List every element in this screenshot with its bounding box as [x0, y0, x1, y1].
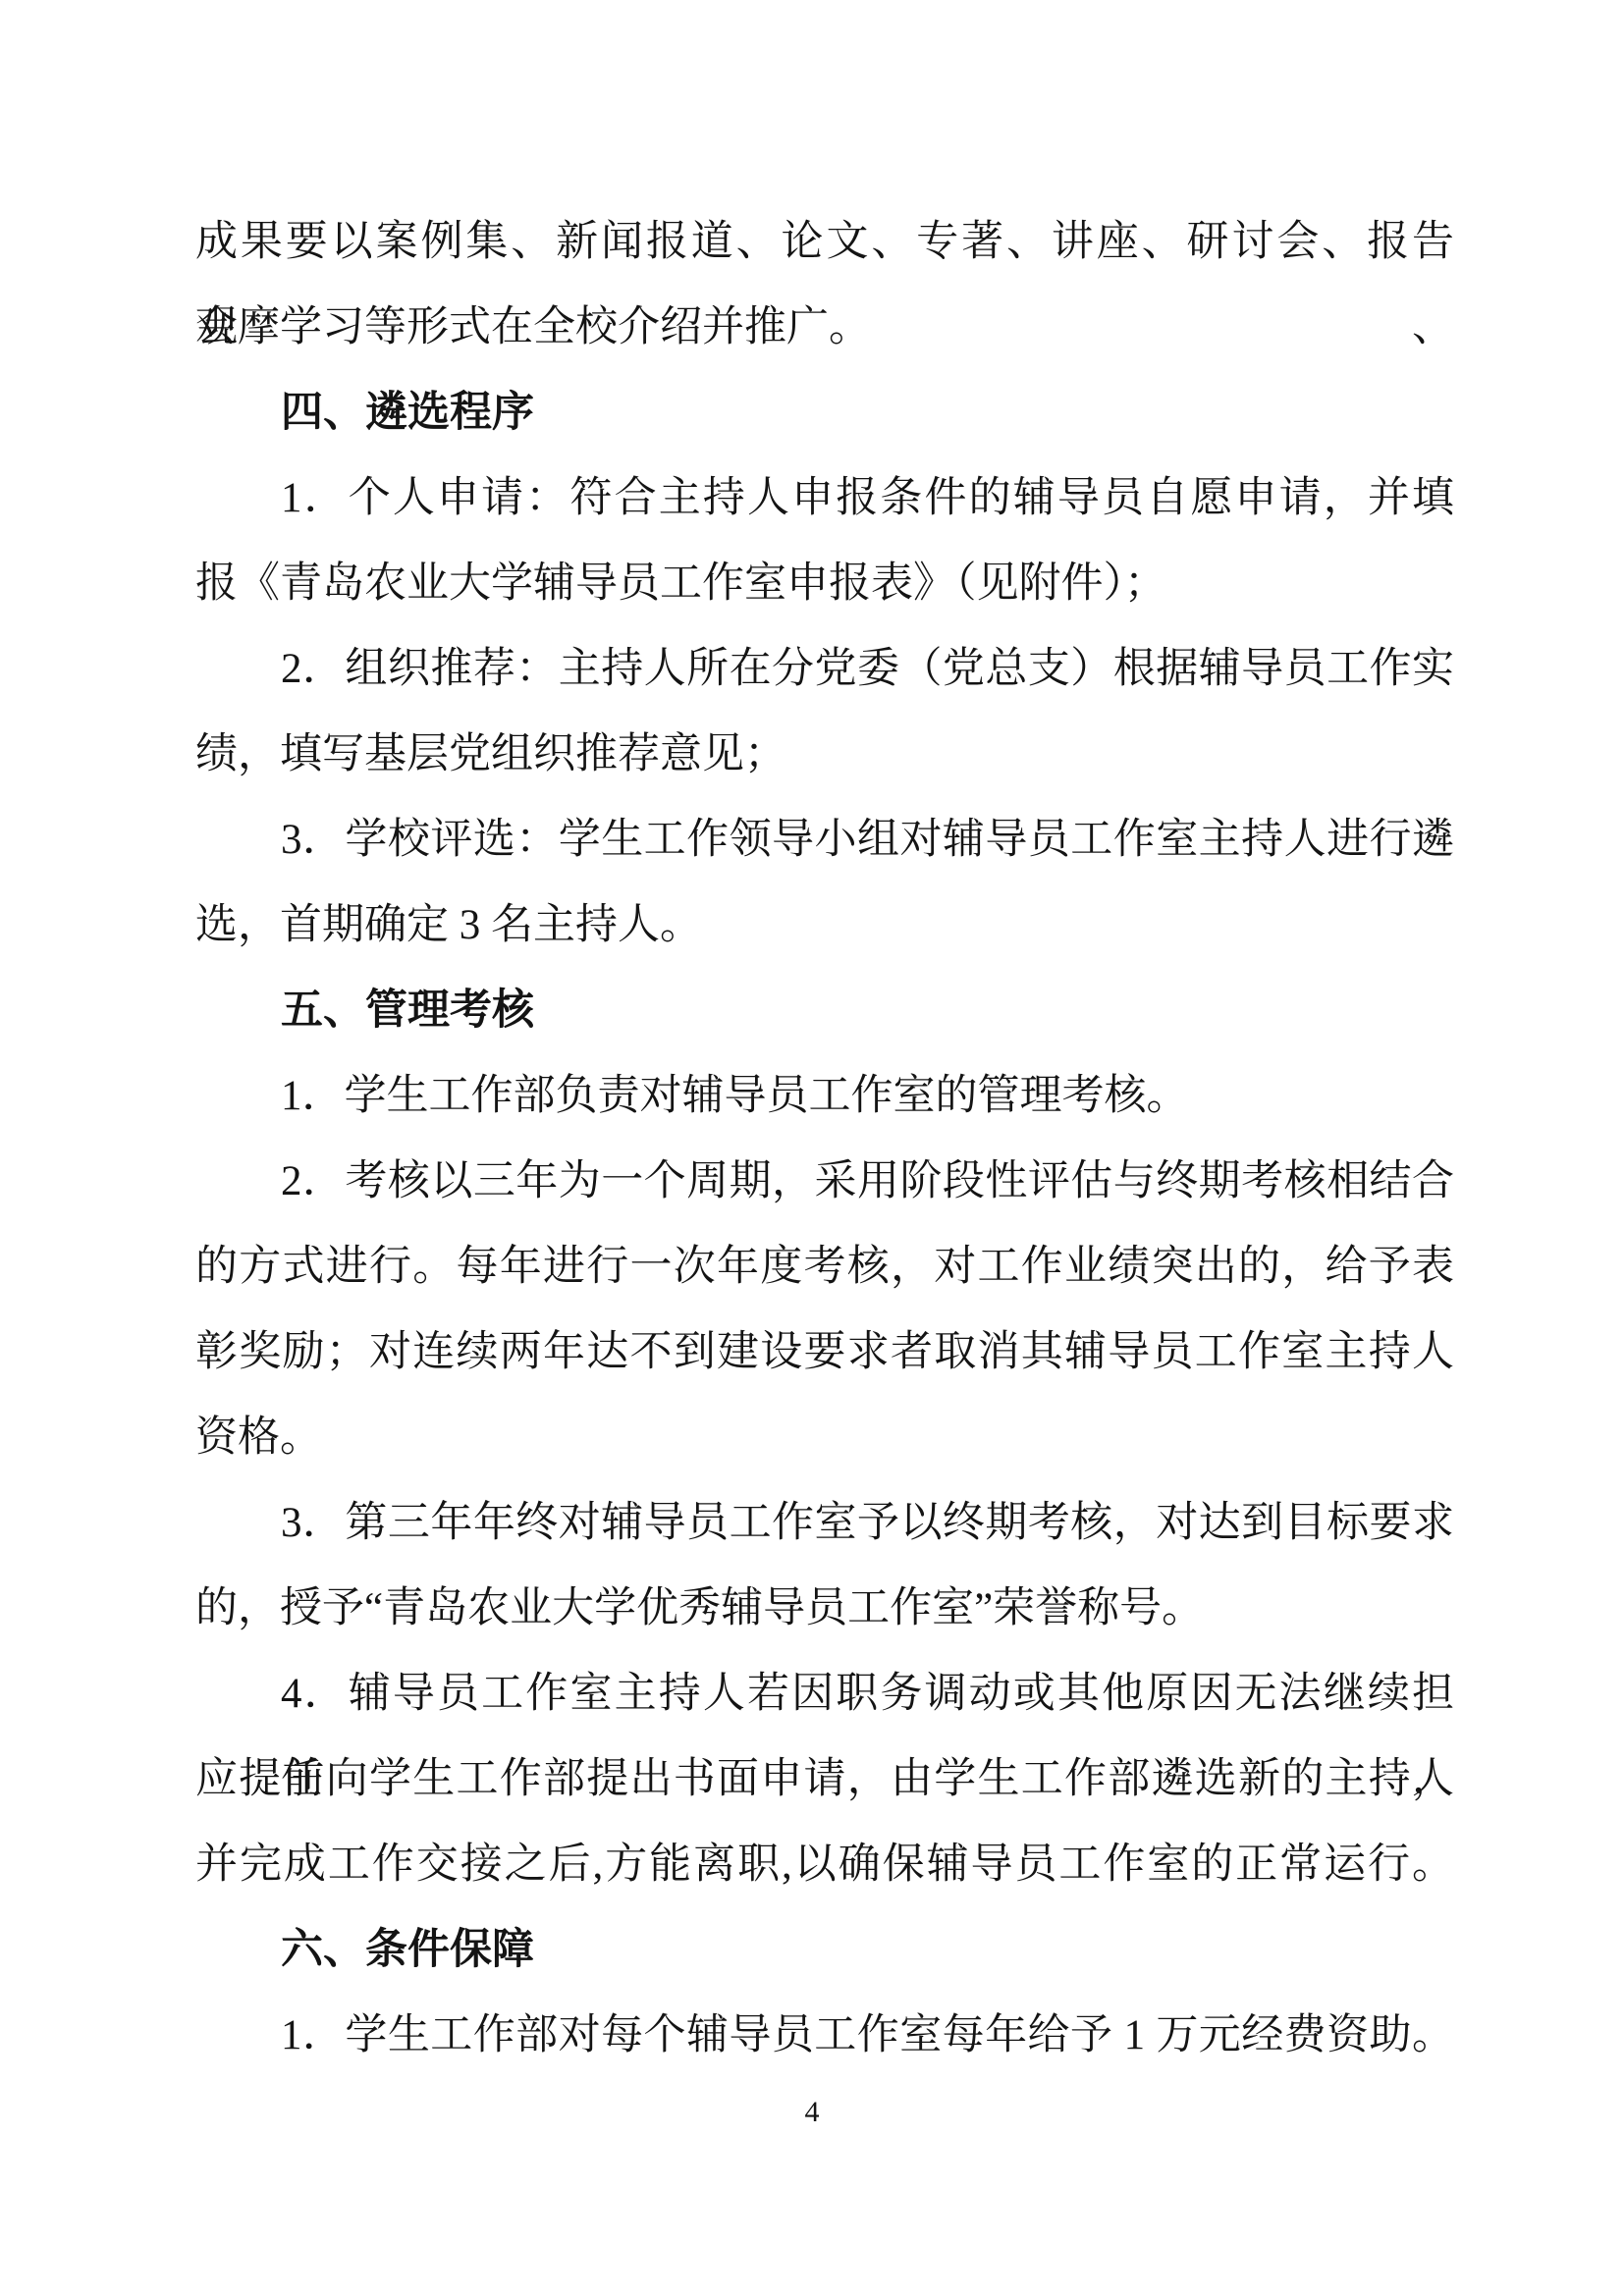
text-line: 选，首期确定 3 名主持人。: [195, 882, 1454, 968]
text-line: 应提前向学生工作部提出书面申请，由学生工作部遴选新的主持人: [195, 1736, 1454, 1822]
text-line: 3．学校评选：学生工作领导小组对辅导员工作室主持人进行遴: [195, 797, 1454, 882]
document-page: 成果要以案例集、新闻报道、论文、专著、讲座、研讨会、报告会、观摩学习等形式在全校…: [0, 0, 1624, 2296]
text-line: 报《青岛农业大学辅导员工作室申报表》（见附件）；: [195, 541, 1454, 626]
text-line: 1．学生工作部对每个辅导员工作室每年给予 1 万元经费资助。: [195, 1993, 1454, 2078]
section-heading: 四、遴选程序: [195, 370, 1454, 455]
text-line: 彰奖励；对连续两年达不到建设要求者取消其辅导员工作室主持人: [195, 1309, 1454, 1395]
text-line: 的，授予“青岛农业大学优秀辅导员工作室”荣誉称号。: [195, 1566, 1454, 1651]
text-line: 绩，填写基层党组织推荐意见；: [195, 712, 1454, 797]
text-line: 4．辅导员工作室主持人若因职务调动或其他原因无法继续担任，: [195, 1651, 1454, 1736]
text-line: 2．考核以三年为一个周期，采用阶段性评估与终期考核相结合: [195, 1139, 1454, 1224]
text-line: 并完成工作交接之后,方能离职,以确保辅导员工作室的正常运行。: [195, 1822, 1454, 1907]
section-heading: 六、条件保障: [195, 1907, 1454, 1993]
text-line: 的方式进行。每年进行一次年度考核，对工作业绩突出的，给予表: [195, 1224, 1454, 1309]
page-number: 4: [0, 2093, 1624, 2132]
text-line: 1．学生工作部负责对辅导员工作室的管理考核。: [195, 1053, 1454, 1139]
text-line: 成果要以案例集、新闻报道、论文、专著、讲座、研讨会、报告会、: [195, 199, 1454, 285]
text-line: 资格。: [195, 1395, 1454, 1480]
text-line: 3．第三年年终对辅导员工作室予以终期考核，对达到目标要求: [195, 1480, 1454, 1566]
document-body: 成果要以案例集、新闻报道、论文、专著、讲座、研讨会、报告会、观摩学习等形式在全校…: [195, 199, 1454, 2078]
text-line: 2．组织推荐：主持人所在分党委（党总支）根据辅导员工作实: [195, 626, 1454, 712]
text-line: 1．个人申请：符合主持人申报条件的辅导员自愿申请，并填: [195, 455, 1454, 541]
section-heading: 五、管理考核: [195, 968, 1454, 1053]
